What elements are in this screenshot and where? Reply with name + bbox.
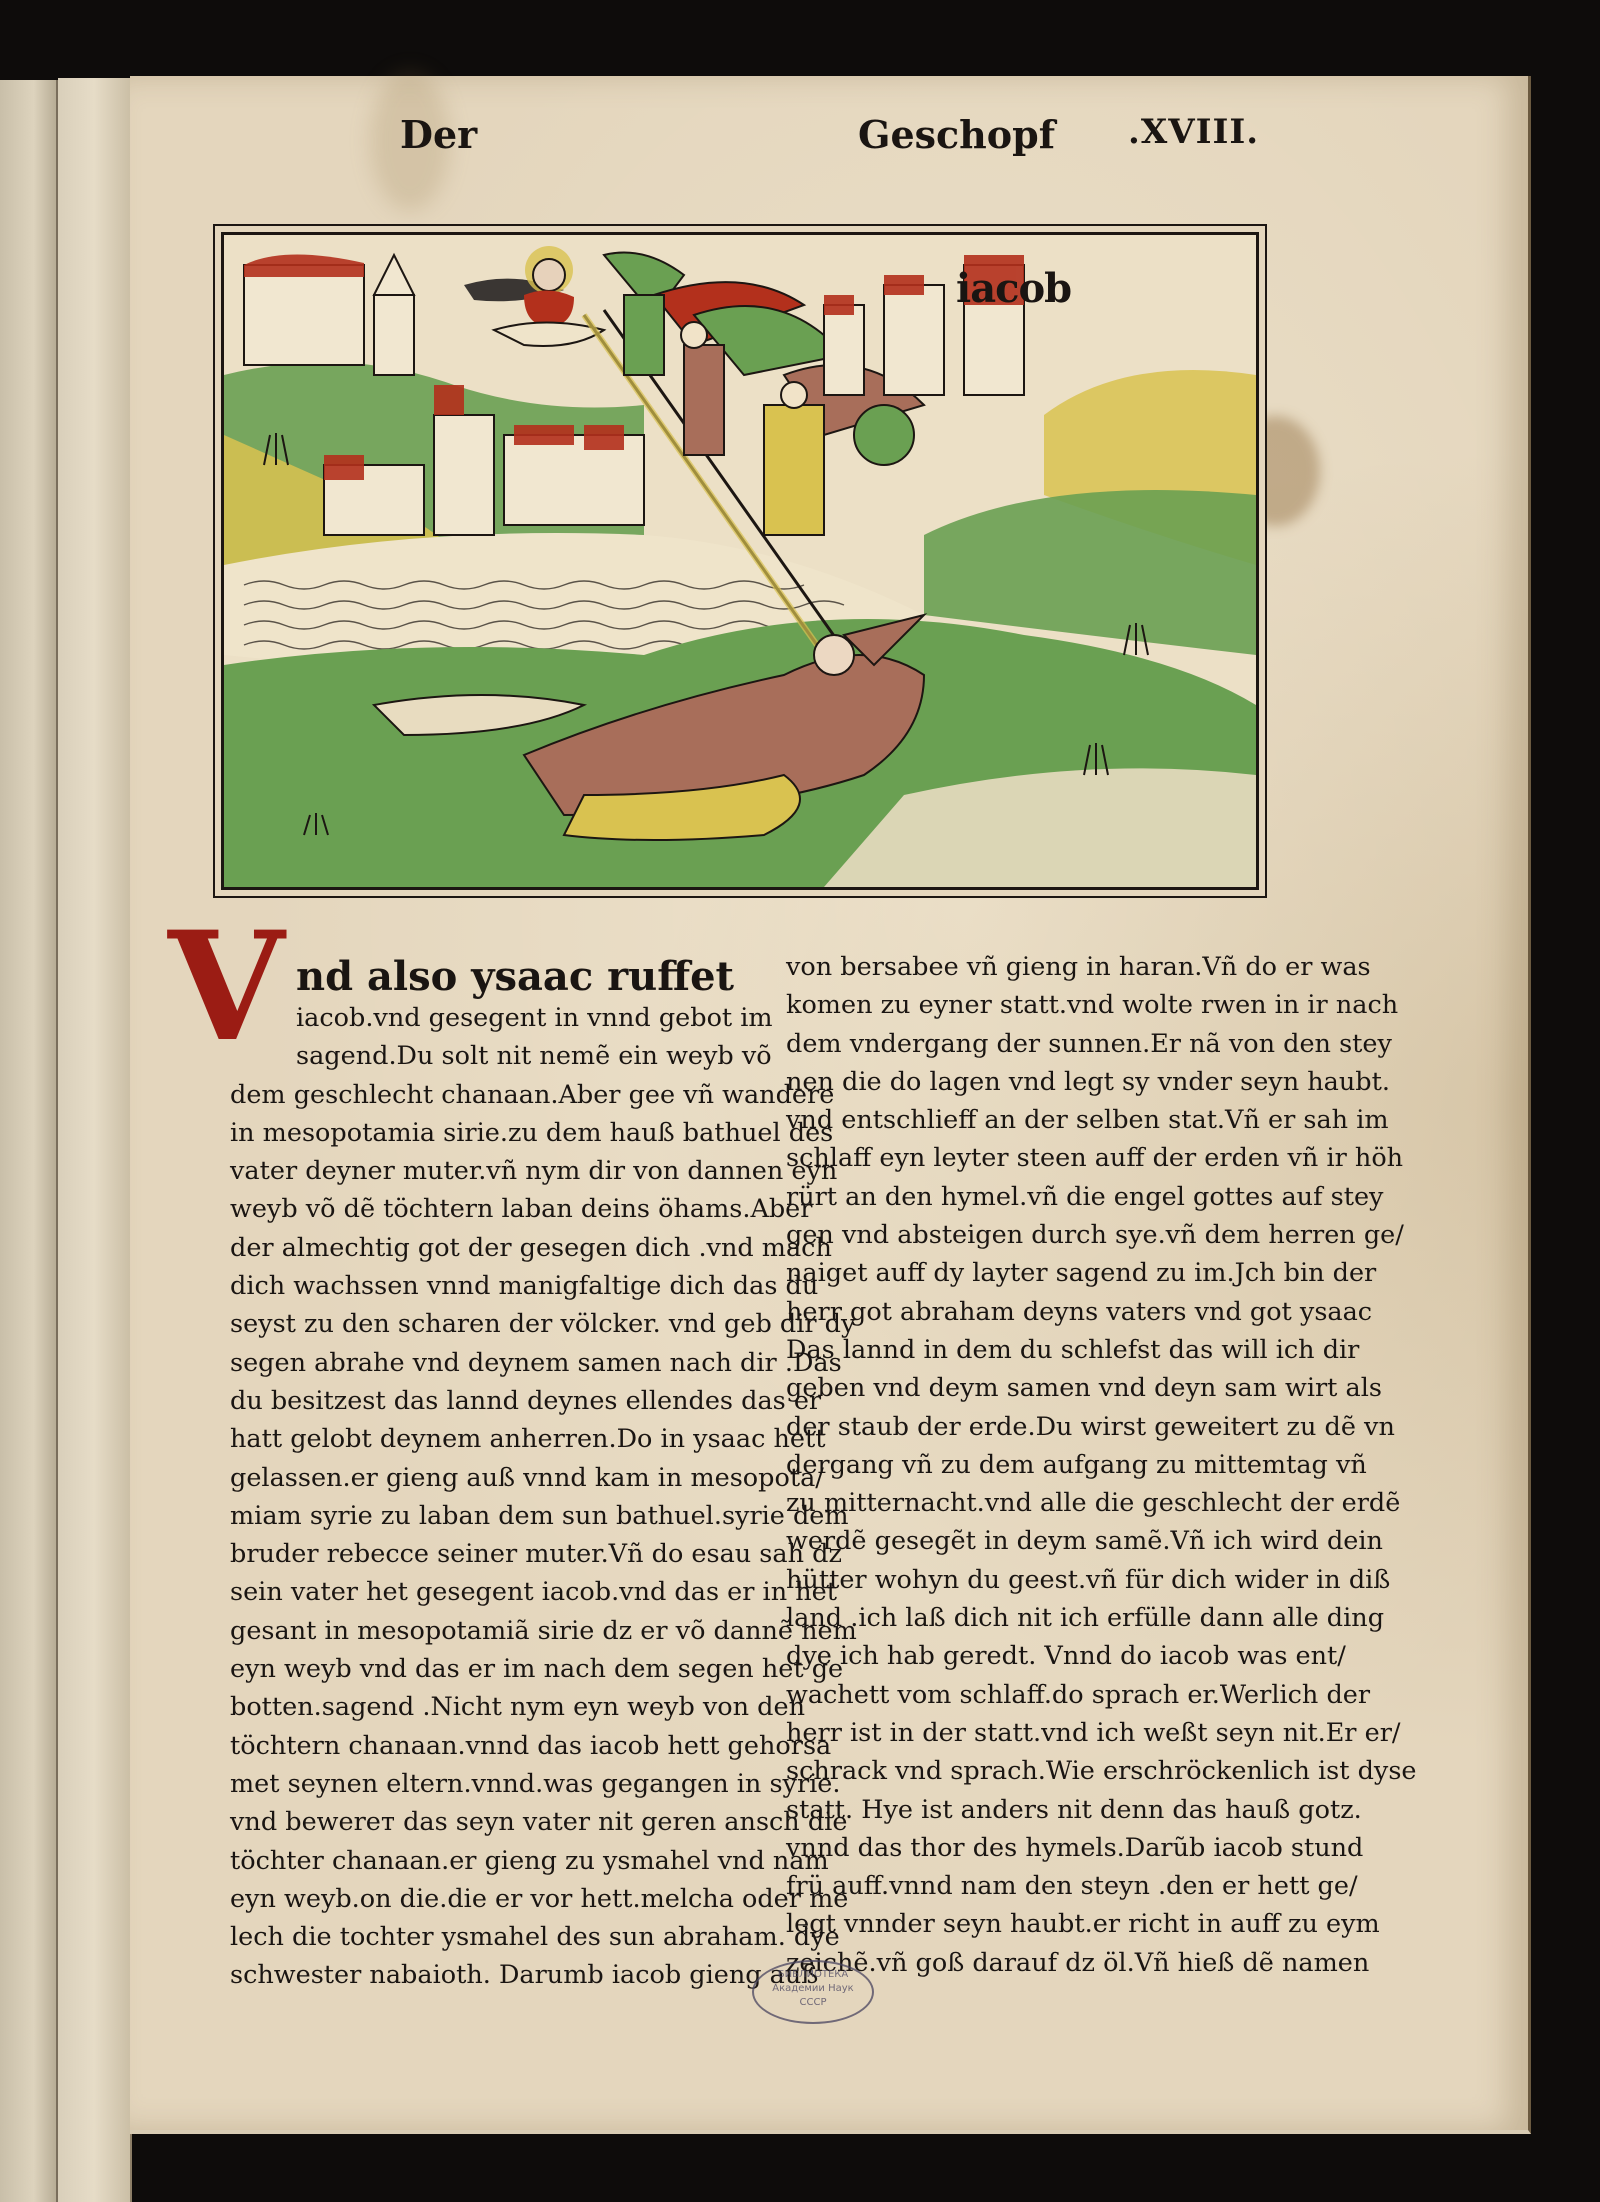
text-line: Das lannd in dem du schlefst das will ic… bbox=[786, 1331, 1276, 1369]
text-line: in mesopotamia sirie.zu dem hauß bathuel… bbox=[230, 1114, 735, 1152]
text-line: naiget auff dy layter sagend zu im.Jch b… bbox=[786, 1254, 1276, 1292]
text-line: töchtern chanaan.vnnd das iacob hett geh… bbox=[230, 1727, 735, 1765]
text-line: miam syrie zu laban dem sun bathuel.syri… bbox=[230, 1497, 735, 1535]
text-line: vater deyner muter.vñ nym dir von dannen… bbox=[230, 1152, 735, 1190]
text-line: herr ist in der statt.vnd ich weßt seyn … bbox=[786, 1714, 1276, 1752]
text-line: komen zu eyner statt.vnd wolte rwen in i… bbox=[786, 986, 1276, 1024]
text-line: botten.sagend .Nicht nym eyn weyb von de… bbox=[230, 1688, 735, 1726]
text-line: eyn weyb.on die.die er vor hett.melcha o… bbox=[230, 1880, 735, 1918]
text-line: der almechtig got der gesegen dich .vnd … bbox=[230, 1229, 735, 1267]
text-line: dich wachssen vnnd manigfaltige dich das… bbox=[230, 1267, 735, 1305]
text-line: herr got abraham deyns vaters vnd got ys… bbox=[786, 1293, 1276, 1331]
stamp-line: БИБЛИОТЕКА bbox=[754, 1968, 872, 1982]
running-head-title: Geschopf bbox=[858, 112, 1055, 157]
stamp-line: СССР bbox=[754, 1996, 872, 2010]
text-line: von bersabee vñ gieng in haran.Vñ do er … bbox=[786, 948, 1276, 986]
text-line: dye ich hab geredt. Vnnd do iacob was en… bbox=[786, 1637, 1276, 1675]
text-line: land .ich laß dich nit ich erfülle dann … bbox=[786, 1599, 1276, 1637]
text-line: gelassen.er gieng auß vnnd kam in mesopo… bbox=[230, 1459, 735, 1497]
illustration-label: iacob bbox=[956, 265, 1071, 312]
text-line: töchter chanaan.er gieng zu ysmahel vnd … bbox=[230, 1842, 735, 1880]
text-line: statt. Hye ist anders nit denn das hauß … bbox=[786, 1791, 1276, 1829]
text-line: geben vnd deym samen vnd deyn sam wirt a… bbox=[786, 1369, 1276, 1407]
text-line: hatt gelobt deynem anherren.Do in ysaac … bbox=[230, 1420, 735, 1458]
text-line: wachett vom schlaff.do sprach er.Werlich… bbox=[786, 1676, 1276, 1714]
running-head: Der Geschopf .XVIII. bbox=[0, 112, 1600, 172]
text-line: legt vnnder seyn haubt.er richt in auff … bbox=[786, 1905, 1276, 1943]
text-line: vnd entschlieff an der selben stat.Vñ er… bbox=[786, 1101, 1276, 1139]
text-line: werdẽ gesegẽt in deym samẽ.Vñ ich wird d… bbox=[786, 1522, 1276, 1560]
text-line: segen abrahe vnd deynem samen nach dir .… bbox=[230, 1344, 735, 1382]
stamp-line: Академии Наук bbox=[754, 1982, 872, 1996]
text-line: schwester nabaioth. Darumb iacob gieng a… bbox=[230, 1956, 735, 1994]
text-line: weyb võ dẽ töchtern laban deins ӧhams.Ab… bbox=[230, 1190, 735, 1228]
text-line: schrack vnd sprach.Wie erschröckenlich i… bbox=[786, 1752, 1276, 1790]
folio-number: .XVIII. bbox=[1128, 112, 1259, 152]
text-line: sagend.Du solt nit nemẽ ein weyb võ bbox=[230, 1037, 735, 1075]
text-line: gesant in mesopotamiã sirie dz er võ dan… bbox=[230, 1612, 735, 1650]
text-line: frü auff.vnnd nam den steyn .den er hett… bbox=[786, 1867, 1276, 1905]
text-line: du besitzest das lannd deynes ellendes d… bbox=[230, 1382, 735, 1420]
text-line: bruder rebecce seiner muter.Vñ do esau s… bbox=[230, 1535, 735, 1573]
text-line: vnnd das thor des hymels.Darũb iacob stu… bbox=[786, 1829, 1276, 1867]
previous-leaf-edge bbox=[0, 80, 58, 2202]
text-line: dem geschlecht chanaan.Aber gee vñ wande… bbox=[230, 1076, 735, 1114]
text-line: sein vater het gesegent iacob.vnd das er… bbox=[230, 1573, 735, 1611]
running-head-left: Der bbox=[400, 112, 477, 157]
text-line: iacob.vnd gesegent in vnnd gebot im bbox=[230, 999, 735, 1037]
text-line: dem vndergang der sunnen.Er nã von den s… bbox=[786, 1025, 1276, 1063]
jacobs-ladder-scene bbox=[224, 235, 1256, 887]
right-text-column: von bersabee vñ gieng in haran.Vñ do er … bbox=[786, 948, 1276, 1982]
text-line: gen vnd absteigen durch sye.vñ dem herre… bbox=[786, 1216, 1276, 1254]
text-line: der staub der erde.Du wirst geweitert zu… bbox=[786, 1408, 1276, 1446]
library-stamp: БИБЛИОТЕКА Академии Наук СССР bbox=[752, 1960, 874, 2024]
text-line: dergang vñ zu dem aufgang zu mittemtag v… bbox=[786, 1446, 1276, 1484]
binding-gutter bbox=[58, 78, 132, 2202]
text-line: eyn weyb vnd das er im nach dem segen he… bbox=[230, 1650, 735, 1688]
text-line: schlaff eyn leyter steen auff der erden … bbox=[786, 1139, 1276, 1177]
text-line: hütter wohyn du geest.vñ für dich wider … bbox=[786, 1561, 1276, 1599]
text-line: met seynen eltern.vnnd.was gegangen in s… bbox=[230, 1765, 735, 1803]
woodcut-illustration: iacob bbox=[221, 232, 1259, 890]
text-line: lech die tochter ysmahel des sun abraham… bbox=[230, 1918, 735, 1956]
text-line: zu mitternacht.vnd alle die geschlecht d… bbox=[786, 1484, 1276, 1522]
incipit-line: nd also ysaac ruffet bbox=[230, 955, 735, 999]
text-line: rürt an den hymel.vñ die engel gottes au… bbox=[786, 1178, 1276, 1216]
text-line: seyst zu den scharen der völcker. vnd ge… bbox=[230, 1305, 735, 1343]
text-line: nen die do lagen vnd legt sy vnder seyn … bbox=[786, 1063, 1276, 1101]
text-line: vnd bewerет das seyn vater nit geren ans… bbox=[230, 1803, 735, 1841]
left-text-column: nd also ysaac ruffet iacob.vnd gesegent … bbox=[230, 955, 735, 1995]
